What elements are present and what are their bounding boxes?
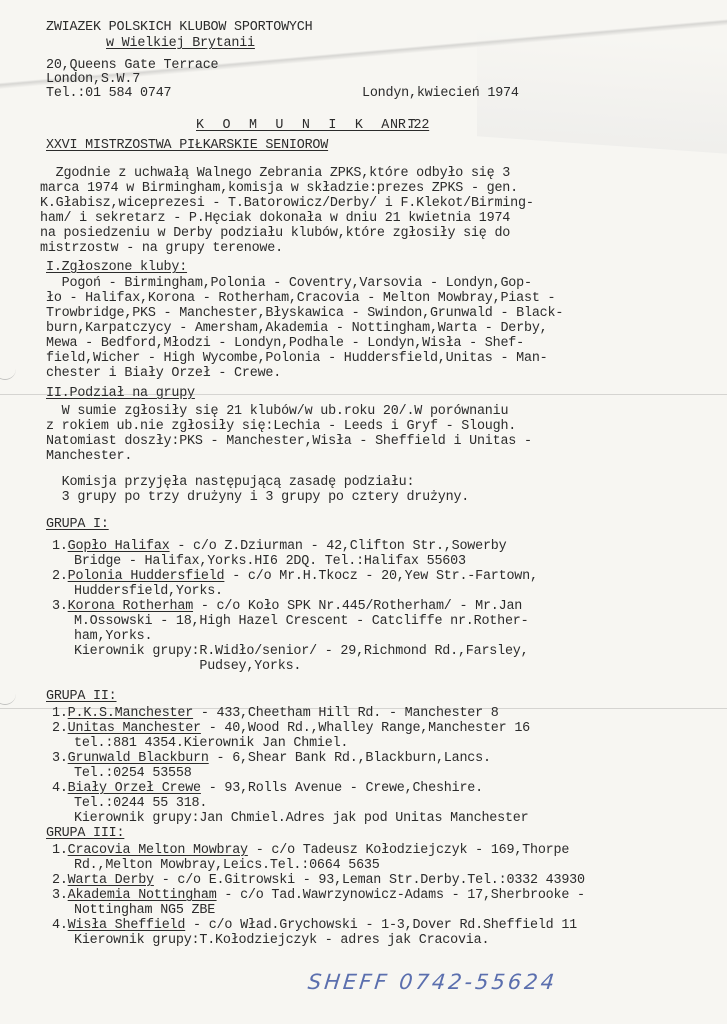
club-address: - c/o Koło SPK Nr.445/Rotherham/ - Mr.Ja… xyxy=(193,599,522,614)
group-manager: Kierownik grupy:Jan Chmiel.Adres jak pod… xyxy=(74,811,528,826)
clubs-line: burn,Karpatczycy - Amersham,Akademia - N… xyxy=(46,321,547,336)
club-address: - c/o Z.Dziurman - 42,Clifton Str.,Sower… xyxy=(170,539,507,554)
group-manager: Kierownik grupy:R.Widło/senior/ - 29,Ric… xyxy=(74,644,528,659)
club-name: Polonia Huddersfield xyxy=(68,569,225,584)
clubs-line: Mewa - Bedford,Młodzi - Londyn,Podhale -… xyxy=(46,336,524,351)
punch-hole-mark xyxy=(0,690,16,705)
club-address-continued: ham,Yorks. xyxy=(74,629,152,644)
group-heading: GRUPA III: xyxy=(46,826,124,841)
org-subtitle: w Wielkiej Brytanii xyxy=(106,36,255,51)
scanned-letter-page: ZWIAZEK POLSKICH KLUBOW SPORTOWYCH w Wie… xyxy=(0,0,727,1024)
club-address: - 6,Shear Bank Rd.,Blackburn,Lancs. xyxy=(209,751,491,766)
group-heading: GRUPA II: xyxy=(46,689,117,704)
club-name: Warta Derby xyxy=(68,873,154,888)
club-address-continued: Bridge - Halifax,Yorks.HI6 2DQ. Tel.:Hal… xyxy=(74,554,466,569)
club-address: - c/o Tadeusz Kołodziejczyk - 169,Thorpe xyxy=(248,843,569,858)
club-address-continued: Tel.:0244 55 318. xyxy=(74,796,207,811)
club-address-continued: Tel.:0254 53558 xyxy=(74,766,192,781)
entry-number: 1. xyxy=(52,843,68,858)
place-date: Londyn,kwiecień 1974 xyxy=(362,86,519,101)
group-club-entry: 4.Wisła Sheffield - c/o Wład.Grychowski … xyxy=(52,918,577,933)
clubs-line: chester i Biały Orzeł - Crewe. xyxy=(46,366,281,381)
intro-line: K.Głabisz,wiceprezesi - T.Batorowicz/Der… xyxy=(40,196,534,211)
group-club-entry: 3.Korona Rotherham - c/o Koło SPK Nr.445… xyxy=(52,599,522,614)
club-name: Grunwald Blackburn xyxy=(68,751,209,766)
intro-line: na posiedzeniu w Derby podziału klubów,k… xyxy=(40,226,510,241)
group-club-entry: 2.Unitas Manchester - 40,Wood Rd.,Whalle… xyxy=(52,721,530,736)
group-manager: Kierownik grupy:T.Kołodziejczyk - adres … xyxy=(74,933,489,948)
group-club-entry: 1.Cracovia Melton Mowbray - c/o Tadeusz … xyxy=(52,843,569,858)
clubs-line: field,Wicher - High Wycombe,Polonia - Hu… xyxy=(46,351,547,366)
club-address: - 433,Cheetham Hill Rd. - Manchester 8 xyxy=(193,706,499,721)
entry-number: 1. xyxy=(52,706,68,721)
club-address: - c/o Mr.H.Tkocz - 20,Yew Str.-Fartown, xyxy=(224,569,537,584)
championship-subtitle: XXVI MISTRZOSTWA PIŁKARSKIE SENIOROW xyxy=(46,138,328,153)
entry-number: 2. xyxy=(52,569,68,584)
intro-line: mistrzostw - na grupy terenowe. xyxy=(40,241,283,256)
group-club-entry: 2.Polonia Huddersfield - c/o Mr.H.Tkocz … xyxy=(52,569,538,584)
address-line-1: 20,Queens Gate Terrace xyxy=(46,58,218,73)
group-manager: Pudsey,Yorks. xyxy=(74,659,301,674)
club-address: - c/o Wład.Grychowski - 1-3,Dover Rd.She… xyxy=(185,918,577,933)
section-2-heading: II.Podział na grupy xyxy=(46,386,195,401)
entry-number: 1. xyxy=(52,539,68,554)
clubs-line: Trowbridge,PKS - Manchester,Błyskawica -… xyxy=(46,306,563,321)
clubs-line: Pogoń - Birmingham,Polonia - Coventry,Va… xyxy=(46,276,532,291)
division-line: Manchester. xyxy=(46,449,132,464)
division-line: Natomiast doszły:PKS - Manchester,Wisła … xyxy=(46,434,532,449)
club-name: Wisła Sheffield xyxy=(68,918,186,933)
intro-line: Zgodnie z uchwałą Walnego Zebrania ZPKS,… xyxy=(40,166,510,181)
entry-number: 3. xyxy=(52,599,68,614)
division-line: W sumie zgłosiły się 21 klubów/w ub.roku… xyxy=(46,404,508,419)
club-address-continued: Nottingham NG5 ZBE xyxy=(74,903,215,918)
entry-number: 4. xyxy=(52,781,68,796)
club-name: Gopło Halifax xyxy=(68,539,170,554)
org-name: ZWIAZEK POLSKICH KLUBOW SPORTOWYCH xyxy=(46,20,312,35)
division-rule-line: 3 grupy po trzy drużyny i 3 grupy po czt… xyxy=(46,490,469,505)
group-club-entry: 1.P.K.S.Manchester - 433,Cheetham Hill R… xyxy=(52,706,499,721)
handwritten-phone-note: SHEFF 0742-55624 xyxy=(307,970,559,994)
club-address: - c/o E.Gitrowski - 93,Leman Str.Derby.T… xyxy=(154,873,585,888)
club-name: Cracovia Melton Mowbray xyxy=(68,843,248,858)
club-address: - 93,Rolls Avenue - Crewe,Cheshire. xyxy=(201,781,483,796)
club-address: - c/o Tad.Wawrzynowicz-Adams - 17,Sherbr… xyxy=(217,888,585,903)
komunikat-title: K O M U N I K A T xyxy=(196,118,421,133)
entry-number: 3. xyxy=(52,888,68,903)
club-address: - 40,Wood Rd.,Whalley Range,Manchester 1… xyxy=(201,721,530,736)
phone-number: Tel.:01 584 0747 xyxy=(46,86,171,101)
entry-number: 3. xyxy=(52,751,68,766)
clubs-line: ło - Halifax,Korona - Rotherham,Cracovia… xyxy=(46,291,555,306)
club-address-continued: M.Ossowski - 18,High Hazel Crescent - Ca… xyxy=(74,614,528,629)
entry-number: 2. xyxy=(52,873,68,888)
intro-line: marca 1974 w Birmingham,komisja w składz… xyxy=(40,181,518,196)
club-address-continued: Rd.,Melton Mowbray,Leics.Tel.:0664 5635 xyxy=(74,858,380,873)
club-name: Korona Rotherham xyxy=(68,599,193,614)
entry-number: 2. xyxy=(52,721,68,736)
group-club-entry: 3.Akademia Nottingham - c/o Tad.Wawrzyno… xyxy=(52,888,585,903)
punch-hole-mark xyxy=(0,365,16,380)
entry-number: 4. xyxy=(52,918,68,933)
komunikat-number: NR.22 xyxy=(390,118,429,133)
intro-line: ham/ i sekretarz - P.Hęciak dokonała w d… xyxy=(40,211,510,226)
group-heading: GRUPA I: xyxy=(46,517,109,532)
group-club-entry: 2.Warta Derby - c/o E.Gitrowski - 93,Lem… xyxy=(52,873,585,888)
club-name: P.K.S.Manchester xyxy=(68,706,193,721)
group-club-entry: 1.Gopło Halifax - c/o Z.Dziurman - 42,Cl… xyxy=(52,539,506,554)
club-address-continued: tel.:881 4354.Kierownik Jan Chmiel. xyxy=(74,736,348,751)
division-line: z rokiem ub.nie zgłosiły się:Lechia - Le… xyxy=(46,419,516,434)
division-rule-line: Komisja przyjęła następującą zasadę podz… xyxy=(46,475,414,490)
club-name: Unitas Manchester xyxy=(68,721,201,736)
group-club-entry: 3.Grunwald Blackburn - 6,Shear Bank Rd.,… xyxy=(52,751,491,766)
address-line-2: London,S.W.7 xyxy=(46,72,140,87)
club-name: Biały Orzeł Crewe xyxy=(68,781,201,796)
club-address-continued: Huddersfield,Yorks. xyxy=(74,584,223,599)
group-club-entry: 4.Biały Orzeł Crewe - 93,Rolls Avenue - … xyxy=(52,781,483,796)
section-1-heading: I.Zgłoszone kluby: xyxy=(46,260,187,275)
club-name: Akademia Nottingham xyxy=(68,888,217,903)
